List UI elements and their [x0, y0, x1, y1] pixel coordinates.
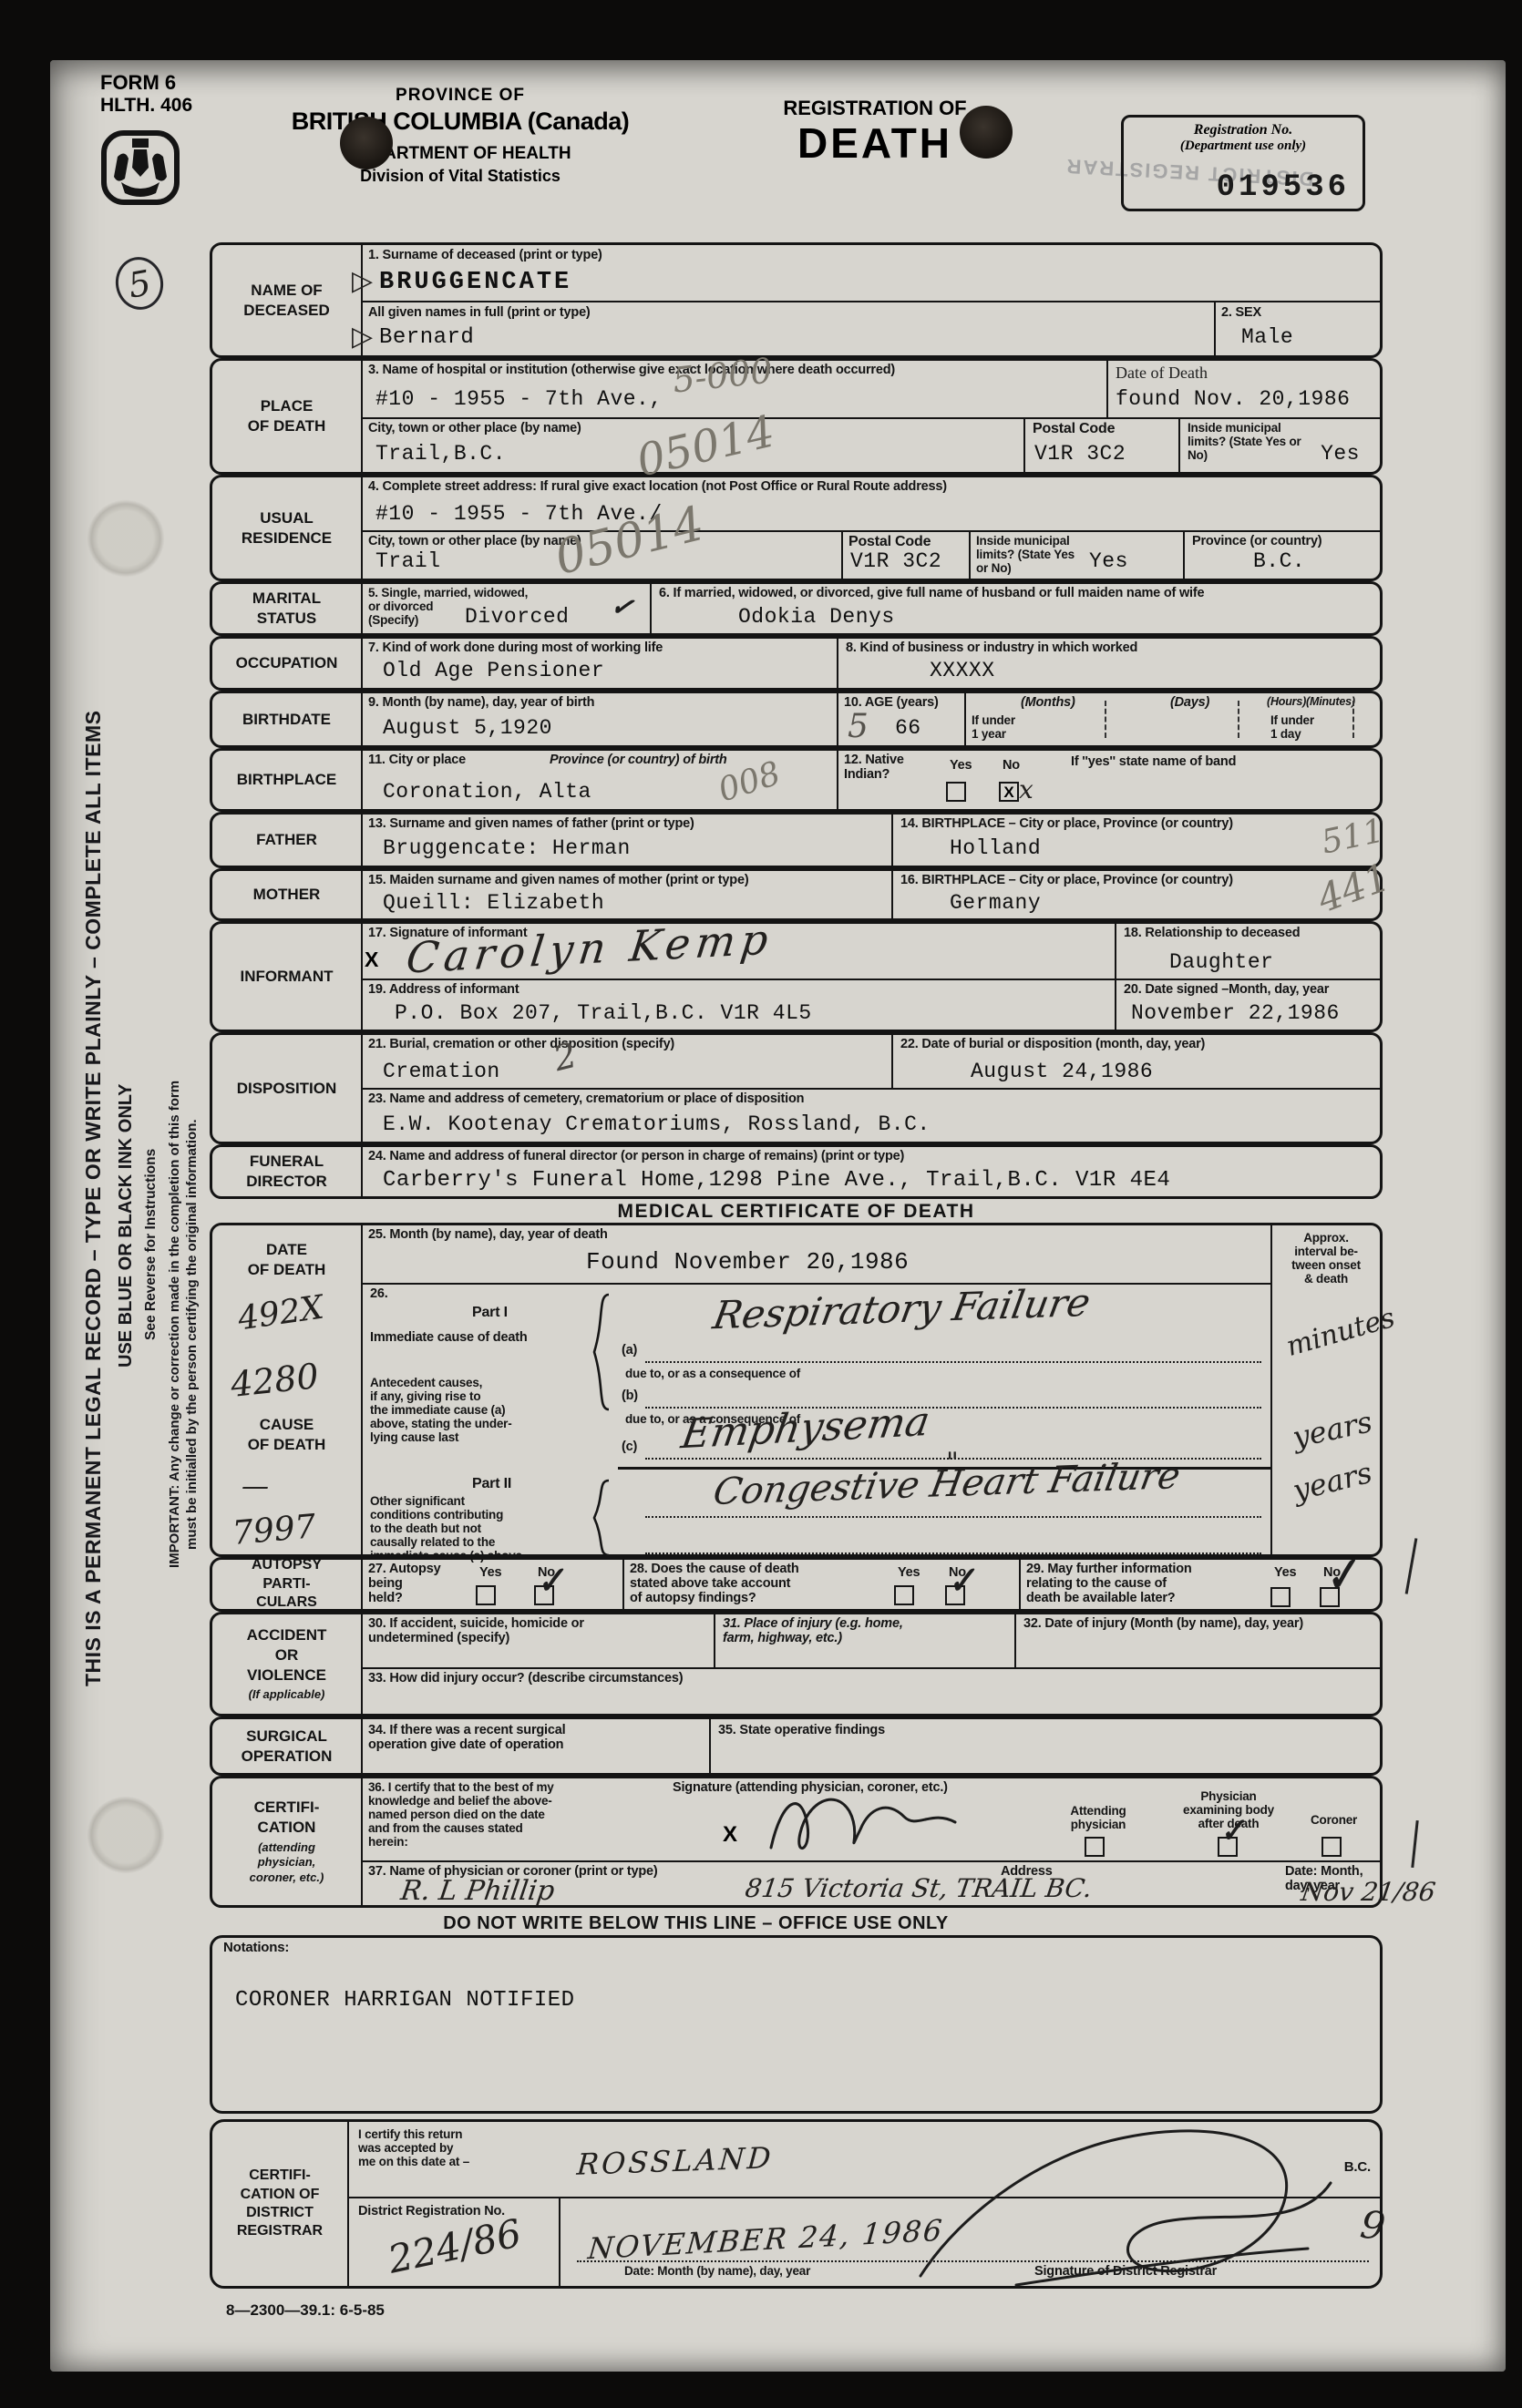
part-2-label: Part II: [472, 1476, 511, 1492]
informant-address-value: P.O. Box 207, Trail,B.C. V1R 4L5: [395, 1001, 812, 1025]
informant-relation-label: 18. Relationship to deceased: [1124, 926, 1300, 940]
q27-yes-label: Yes: [479, 1565, 501, 1580]
physician-address-hw: 815 Victoria St, TRAIL BC.: [744, 1873, 1095, 1903]
district-reg-no-hw: 224/86: [385, 2210, 526, 2282]
interval-column: Approx. interval be- tween onset & death…: [1270, 1225, 1380, 1554]
work-label: 7. Kind of work done during most of work…: [368, 640, 663, 655]
father-birthplace-value: Holland: [950, 836, 1041, 860]
q28-yes-label: Yes: [898, 1565, 920, 1580]
q29-yes-checkbox: [1270, 1587, 1291, 1607]
q34-label: 34. If there was a recent surgical opera…: [368, 1723, 565, 1752]
residence-limits-label: Inside municipal limits? (State Yes or N…: [976, 534, 1085, 575]
section-father: FATHER 13. Surname and given names of fa…: [210, 812, 1383, 868]
medical-side-column: DATE OF DEATH 492X 4280 CAUSE OF DEATH —…: [212, 1225, 363, 1554]
physician-name-hw: R. L Phillip: [399, 1875, 557, 1907]
part2-line: [645, 1516, 1261, 1518]
side-label-name-of-deceased: NAME OF DECEASED: [212, 245, 363, 355]
due-to-label-1: due to, or as a consequence of: [625, 1367, 800, 1380]
attending-physician-label: Attending physician: [1048, 1804, 1148, 1831]
side-label-accident: ACCIDENT OR VIOLENCE (If applicable): [212, 1614, 363, 1714]
side-label-birthdate: BIRTHDATE: [212, 693, 363, 745]
death-location-pencil-code: 5-000: [671, 350, 775, 400]
native-no-checkbox: X: [999, 782, 1019, 802]
disposition-method-label: 21. Burial, cremation or other dispositi…: [368, 1037, 674, 1051]
side-label-date-of-death: DATE OF DEATH: [212, 1240, 361, 1280]
punch-hole: [340, 117, 393, 169]
death-city-value: Trail,B.C.: [375, 442, 506, 466]
q30-label: 30. If accident, suicide, homicide or un…: [368, 1616, 584, 1645]
pen-arrow-icon: ▷: [352, 321, 373, 353]
side-label-usual-residence: USUAL RESIDENCE: [212, 477, 363, 579]
interval-c-value: years: [1290, 1404, 1375, 1454]
circled-five-pen-mark: 5: [111, 253, 167, 313]
residence-postal-label: Postal Code: [848, 534, 931, 550]
disposition-method-value: Cremation: [383, 1060, 500, 1083]
certification-side-main: CERTIFI- CATION: [254, 1798, 320, 1838]
date-of-death-value: found Nov. 20,1986: [1116, 387, 1350, 411]
notations-label: Notations:: [223, 1941, 289, 1956]
registration-number-label: Registration No.: [1124, 122, 1363, 138]
father-pencil-code: 511: [1318, 812, 1387, 861]
sex-label: 2. SEX: [1221, 305, 1261, 320]
spouse-name-label: 6. If married, widowed, or divorced, giv…: [659, 586, 1204, 600]
dashed-divider: [1238, 701, 1239, 738]
marital-status-value: Divorced: [465, 605, 569, 629]
informant-x-mark: X: [365, 948, 378, 972]
residence-postal-value: V1R 3C2: [850, 549, 941, 573]
death-location-label: 3. Name of hospital or institution (othe…: [368, 363, 895, 377]
pen-stroke-mark: [1411, 1820, 1418, 1868]
certification-side-sub: (attending physician, coroner, etc.): [250, 1840, 324, 1886]
section-birthplace: BIRTHPLACE 11. City or place Province (o…: [210, 748, 1383, 812]
certification-x-mark: X: [723, 1822, 737, 1848]
birthplace-city-label: 11. City or place: [368, 753, 466, 767]
disposition-place-label: 23. Name and address of cemetery, cremat…: [368, 1091, 804, 1106]
birth-date-label: 9. Month (by name), day, year of birth: [368, 695, 594, 710]
residence-province-label: Province (or country): [1192, 534, 1321, 548]
birth-date-value: August 5,1920: [383, 716, 552, 740]
cause-b-label: (b): [622, 1388, 638, 1403]
physician-signature: [755, 1782, 964, 1859]
side-label-surgical: SURGICAL OPERATION: [212, 1719, 363, 1773]
section-disposition: DISPOSITION 21. Burial, cremation or oth…: [210, 1032, 1383, 1144]
ditto-mark: ": [946, 1447, 959, 1479]
given-names-value: Bernard: [379, 325, 474, 350]
item-26-label: 26.: [370, 1286, 388, 1301]
mother-name-value: Queill: Elizabeth: [383, 891, 604, 915]
band-name-label: If ''yes'' state name of band: [1071, 754, 1236, 769]
registrar-date-hw: NOVEMBER 24, 1986: [587, 2213, 945, 2267]
form-number: FORM 6: [100, 71, 176, 95]
registration-number-note: (Department use only): [1124, 138, 1363, 154]
age-days-label: (Days): [1170, 695, 1209, 710]
coroner-label: Coroner: [1311, 1813, 1357, 1827]
cause-c-label: (c): [622, 1440, 637, 1454]
age-hours-minutes-label: (Hours)(Minutes): [1267, 695, 1355, 708]
side-label-district-registrar: CERTIFI- CATION OF DISTRICT REGISTRAR: [212, 2122, 349, 2286]
surname-value: BRUGGENCATE: [379, 269, 571, 296]
registration-number-value: 019536: [1217, 170, 1350, 205]
side-label-funeral-director: FUNERAL DIRECTOR: [212, 1147, 363, 1196]
father-name-label: 13. Surname and given names of father (p…: [368, 816, 694, 831]
section-funeral-director: FUNERAL DIRECTOR 24. Name and address of…: [210, 1144, 1383, 1199]
icd-code-hw-3: 7997: [231, 1506, 317, 1555]
sidebar-ink-notice: USE BLUE OR BLACK INK ONLY: [116, 976, 137, 1368]
mother-birthplace-value: Germany: [950, 891, 1041, 915]
informant-address-label: 19. Address of informant: [368, 982, 519, 997]
disposition-date-value: August 24,1986: [971, 1060, 1153, 1083]
side-label-informant: INFORMANT: [212, 924, 363, 1030]
province-of-label: PROVINCE OF: [310, 86, 611, 106]
death-postal-value: V1R 3C2: [1034, 442, 1126, 466]
informant-signature: Carolyn Kemp: [404, 914, 776, 982]
accident-side-main: ACCIDENT OR VIOLENCE: [247, 1625, 327, 1685]
work-value: Old Age Pensioner: [383, 659, 604, 682]
residence-city-label: City, town or other place (by name): [368, 534, 581, 548]
q28-no-check-mark: ✓: [944, 1558, 979, 1603]
q29-yes-label: Yes: [1274, 1565, 1296, 1580]
q27-no-check-mark: ✓: [533, 1558, 568, 1603]
part1-brace-icon: [589, 1292, 612, 1412]
section-surgical: SURGICAL OPERATION 34. If there was a re…: [210, 1716, 1383, 1776]
spouse-name-value: Odokia Denys: [738, 605, 895, 629]
birthplace-value: Coronation, Alta: [383, 780, 591, 804]
pen-arrow-icon: ▷: [352, 265, 373, 297]
interval-part2-value: years: [1290, 1455, 1375, 1508]
side-label-cause-of-death: CAUSE OF DEATH: [212, 1415, 361, 1455]
cause-of-death-area: 26. Part I Immediate cause of death Ante…: [363, 1285, 1270, 1554]
side-label-place-of-death: PLACE OF DEATH: [212, 361, 363, 472]
death-date-value: Found November 20,1986: [586, 1248, 909, 1276]
part-1-label: Part I: [472, 1305, 508, 1321]
side-label-marital-status: MARITAL STATUS: [212, 584, 363, 633]
given-names-label: All given names in full (print or type): [368, 305, 591, 320]
immediate-cause-label: Immediate cause of death: [370, 1330, 527, 1345]
division-title: Division of Vital Statistics: [310, 167, 611, 186]
age-months-label: (Months): [1021, 695, 1075, 710]
section-place-of-death: PLACE OF DEATH 3. Name of hospital or in…: [210, 358, 1383, 475]
q33-label: 33. How did injury occur? (describe circ…: [368, 1671, 683, 1686]
section-medical-certificate: DATE OF DEATH 492X 4280 CAUSE OF DEATH —…: [210, 1223, 1383, 1557]
section-mother: MOTHER 15. Maiden surname and given name…: [210, 868, 1383, 921]
residence-limits-value: Yes: [1089, 549, 1128, 573]
certify-statement: 36. I certify that to the best of my kno…: [368, 1780, 554, 1850]
q28-yes-checkbox: [894, 1585, 914, 1605]
seal-smudge: [87, 1796, 165, 1874]
cause-a-line: [645, 1361, 1261, 1363]
medical-certificate-title: MEDICAL CERTIFICATE OF DEATH: [210, 1199, 1383, 1223]
form-code: HLTH. 406: [100, 95, 192, 117]
q31-label: 31. Place of injury (e.g. home, farm, hi…: [723, 1616, 903, 1645]
part2-line-2: [645, 1552, 1261, 1554]
death-postal-label: Postal Code: [1033, 421, 1115, 437]
section-birthdate: BIRTHDATE 9. Month (by name), day, year …: [210, 691, 1383, 748]
notation-value: CORONER HARRIGAN NOTIFIED: [235, 1988, 575, 2013]
q27-label: 27. Autopsy being held?: [368, 1562, 440, 1606]
side-label-certification: CERTIFI- CATION (attending physician, co…: [212, 1778, 363, 1905]
funeral-director-label: 24. Name and address of funeral director…: [368, 1149, 904, 1163]
disposition-date-label: 22. Date of burial or disposition (month…: [900, 1037, 1205, 1051]
side-label-birthplace: BIRTHPLACE: [212, 751, 363, 809]
registration-number-box: Registration No. (Department use only) 0…: [1121, 115, 1365, 211]
native-no-pen-x: x: [1019, 774, 1034, 804]
side-label-occupation: OCCUPATION: [212, 639, 363, 688]
death-limits-value: Yes: [1321, 442, 1360, 466]
funeral-director-value: Carberry's Funeral Home,1298 Pine Ave., …: [383, 1168, 1170, 1193]
physician-date-hw: Nov 21/86: [1300, 1877, 1437, 1907]
form-print-id: 8—2300—39.1: 6-5-85: [226, 2301, 1383, 2320]
native-yes-label: Yes: [950, 758, 972, 773]
dashed-divider: [1352, 701, 1354, 738]
sidebar-important-notice-1: IMPORTANT: Any change or correction made…: [167, 794, 182, 1568]
sidebar-reverse-instructions: See Reverse for Instructions: [143, 1003, 159, 1340]
seal-smudge: [87, 499, 165, 578]
icd-code-hw-1: 492X: [235, 1287, 326, 1341]
native-no-label: No: [1003, 758, 1020, 773]
native-indian-label: 12. Native Indian?: [844, 753, 904, 782]
icd-dash-hw: —: [242, 1470, 269, 1504]
q29-label: 29. May further information relating to …: [1026, 1562, 1192, 1606]
native-yes-checkbox: [946, 782, 966, 802]
under-one-day-label: If under 1 day: [1270, 713, 1314, 741]
attending-physician-checkbox: [1085, 1837, 1105, 1857]
surname-label: 1. Surname of deceased (print or type): [368, 248, 602, 262]
death-city-label: City, town or other place (by name): [368, 421, 581, 435]
section-marital-status: MARITAL STATUS 5. Single, married, widow…: [210, 581, 1383, 636]
sidebar-important-notice-2: must be initialled by the person certify…: [184, 830, 200, 1550]
district-registrar-signature: [907, 2103, 1363, 2294]
residence-province-value: B.C.: [1253, 549, 1305, 573]
q28-label: 28. Does the cause of death stated above…: [630, 1562, 799, 1606]
other-conditions-label: Other significant conditions contributin…: [370, 1494, 522, 1563]
informant-date-value: November 22,1986: [1131, 1001, 1340, 1025]
sidebar-permanent-record-notice: THIS IS A PERMANENT LEGAL RECORD – TYPE …: [81, 657, 106, 1686]
disposition-place-value: E.W. Kootenay Crematoriums, Rossland, B.…: [383, 1112, 931, 1136]
q32-label: 32. Date of injury (Month (by name), day…: [1023, 1616, 1303, 1631]
industry-label: 8. Kind of business or industry in which…: [846, 640, 1137, 655]
antecedent-causes-label: Antecedent causes, if any, giving rise t…: [370, 1376, 512, 1445]
side-label-mother: MOTHER: [212, 871, 363, 918]
age-pencil-mark: 5: [848, 708, 869, 745]
pen-stroke-mark: [1405, 1538, 1418, 1594]
section-name-of-deceased: NAME OF DECEASED 1. Surname of deceased …: [210, 242, 1383, 358]
coroner-checkbox: [1321, 1837, 1342, 1857]
section-occupation: OCCUPATION 7. Kind of work done during m…: [210, 636, 1383, 691]
notations-box: Notations: CORONER HARRIGAN NOTIFIED: [210, 1935, 1383, 2114]
section-certification: CERTIFI- CATION (attending physician, co…: [210, 1776, 1383, 1908]
side-label-autopsy: AUTOPSY PARTI- CULARS: [212, 1560, 363, 1609]
informant-relation-value: Daughter: [1169, 950, 1273, 974]
death-registration-form: NAME OF DECEASED 1. Surname of deceased …: [210, 242, 1383, 2320]
q35-label: 35. State operative findings: [718, 1723, 885, 1737]
marital-check-mark: ✓: [608, 589, 636, 625]
residence-city-value: Trail: [375, 549, 441, 573]
under-one-year-label: If under 1 year: [972, 713, 1015, 741]
cause-a-value: Respiratory Failure: [710, 1280, 1094, 1338]
interval-label: Approx. interval be- tween onset & death: [1272, 1231, 1380, 1286]
part2-brace-icon: [589, 1478, 612, 1558]
interval-a-value: minutes: [1283, 1302, 1399, 1363]
section-district-registrar: CERTIFI- CATION OF DISTRICT REGISTRAR I …: [210, 2119, 1383, 2289]
office-use-only-line: DO NOT WRITE BELOW THIS LINE – OFFICE US…: [109, 1908, 1282, 1935]
registrar-date-label: Date: Month (by name), day, year: [624, 2264, 810, 2278]
industry-value: XXXXX: [930, 659, 995, 682]
province-title: BRITISH COLUMBIA (Canada): [260, 108, 661, 136]
scanned-certificate-paper: FORM 6 HLTH. 406 PROVINCE OF BRITISH COL…: [50, 60, 1506, 2372]
section-informant: INFORMANT 17. Signature of informant X C…: [210, 921, 1383, 1032]
death-limits-label: Inside municipal limits? (State Yes or N…: [1188, 421, 1315, 462]
death-date-label: 25. Month (by name), day, year of death: [368, 1227, 608, 1242]
dashed-divider: [1105, 701, 1106, 738]
q27-yes-checkbox: [476, 1585, 496, 1605]
death-location-value: #10 - 1955 - 7th Ave.,: [375, 387, 663, 411]
registrar-place-hw: ROSSLAND: [576, 2140, 775, 2182]
punch-hole: [960, 106, 1013, 159]
cause-a-label: (a): [622, 1343, 637, 1358]
date-of-death-label: Date of Death: [1116, 364, 1208, 383]
informant-date-label: 20. Date signed –Month, day, year: [1124, 982, 1329, 997]
bc-coat-of-arms-icon: [99, 126, 181, 210]
icd-code-hw-2: 4280: [229, 1354, 321, 1407]
section-autopsy: AUTOPSY PARTI- CULARS 27. Autopsy being …: [210, 1557, 1383, 1612]
father-name-value: Bruggencate: Herman: [383, 836, 631, 860]
father-birthplace-label: 14. BIRTHPLACE – City or place, Province…: [900, 816, 1233, 831]
birthplace-province-label: Province (or country) of birth: [550, 753, 727, 767]
age-value: 66: [895, 716, 921, 740]
side-label-father: FATHER: [212, 815, 363, 866]
accident-side-sub: (If applicable): [249, 1687, 325, 1703]
examining-check-mark: ✓: [1217, 1811, 1248, 1851]
mother-birthplace-label: 16. BIRTHPLACE – City or place, Province…: [900, 873, 1233, 887]
sex-value: Male: [1241, 325, 1293, 349]
side-label-disposition: DISPOSITION: [212, 1035, 363, 1142]
registrar-accept-label: I certify this return was accepted by me…: [358, 2127, 469, 2168]
mother-name-label: 15. Maiden surname and given names of mo…: [368, 873, 748, 887]
section-accident: ACCIDENT OR VIOLENCE (If applicable) 30.…: [210, 1612, 1383, 1716]
section-usual-residence: USUAL RESIDENCE 4. Complete street addre…: [210, 475, 1383, 581]
